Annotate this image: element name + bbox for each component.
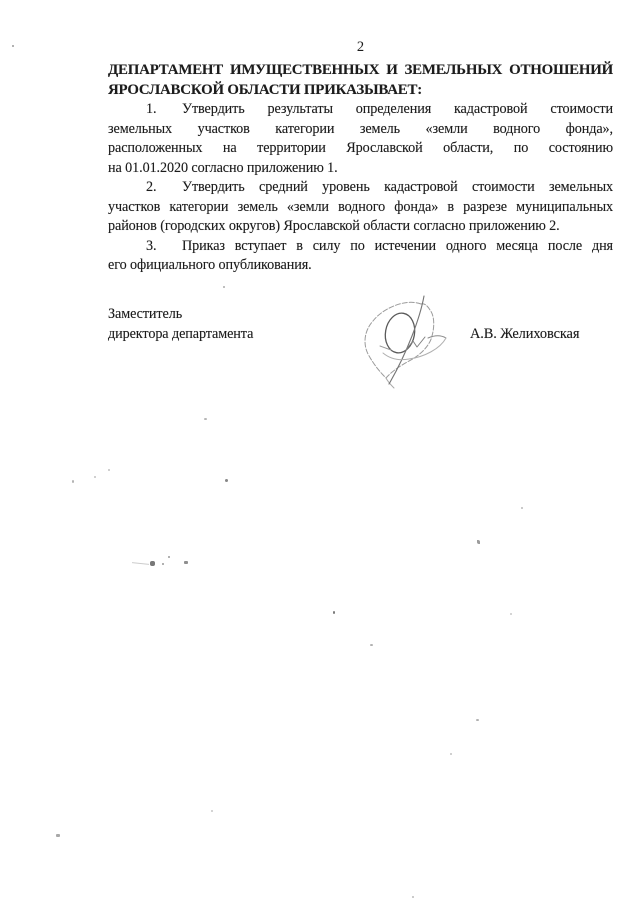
scan-speckle (412, 896, 414, 898)
paragraph-2-line-1-text: Утвердить средний уровень кадастровой ст… (182, 179, 613, 195)
scanned-document-page: 2 ДЕПАРТАМЕНТ ИМУЩЕСТВЕННЫХ И ЗЕМЕЛЬНЫХ … (0, 0, 640, 905)
scan-speckle (223, 286, 225, 288)
scan-speckle (477, 540, 480, 544)
paragraph-2-line-1: 2.Утвердить средний уровень кадастровой … (108, 178, 613, 198)
scan-speckle (204, 418, 207, 420)
signatory-title: Заместитель директора департамента (108, 305, 253, 344)
scan-speckle (168, 556, 170, 558)
signatory-name: А.В. Желиховская (470, 325, 579, 345)
signature-scribble (350, 275, 482, 397)
paragraph-1-line-1: 1.Утвердить результаты определения кадас… (108, 100, 613, 120)
order-heading-line-1: ДЕПАРТАМЕНТ ИМУЩЕСТВЕННЫХ И ЗЕМЕЛЬНЫХ ОТ… (108, 61, 613, 81)
paragraph-3-line-2: его официального опубликования. (108, 256, 613, 276)
scan-speckle (12, 45, 14, 47)
scan-speckle (162, 563, 164, 565)
order-heading-line-2: ЯРОСЛАВСКОЙ ОБЛАСТИ ПРИКАЗЫВАЕТ: (108, 81, 613, 101)
page-number: 2 (108, 38, 613, 58)
scan-speckle (580, 185, 582, 187)
paragraph-1-line-4: на 01.01.2020 согласно приложению 1. (108, 159, 613, 179)
scan-speckle (521, 507, 523, 509)
scan-smudge (132, 562, 149, 565)
scan-speckle (56, 834, 60, 837)
scan-smudge-blob (150, 561, 155, 566)
scan-speckle (476, 719, 479, 721)
scan-speckle (108, 469, 110, 471)
signatory-title-line-2: директора департамента (108, 325, 253, 345)
order-text-block: ДЕПАРТАМЕНТ ИМУЩЕСТВЕННЫХ И ЗЕМЕЛЬНЫХ ОТ… (108, 61, 613, 276)
scan-speckle (225, 479, 228, 482)
scan-speckle (184, 561, 188, 564)
paragraph-1-line-1-text: Утвердить результаты определения кадастр… (182, 101, 613, 117)
scan-speckle (211, 810, 213, 812)
paragraph-3-number: 3. (146, 237, 182, 257)
paragraph-3-line-1-text: Приказ вступает в силу по истечении одно… (182, 238, 613, 254)
scan-speckle (333, 611, 335, 614)
scan-speckle (72, 480, 74, 483)
paragraph-2-line-3: районов (городских округов) Ярославской … (108, 217, 613, 237)
paragraph-2-line-2: участков категории земель «земли водного… (108, 198, 613, 218)
scan-speckle (94, 476, 96, 478)
paragraph-1-line-2: земельных участков категории земель «зем… (108, 120, 613, 140)
paragraph-1-line-3: расположенных на территории Ярославской … (108, 139, 613, 159)
signatory-title-line-1: Заместитель (108, 305, 253, 325)
paragraph-2-number: 2. (146, 178, 182, 198)
scan-speckle (370, 644, 373, 646)
paragraph-1-number: 1. (146, 100, 182, 120)
paragraph-3-line-1: 3.Приказ вступает в силу по истечении од… (108, 237, 613, 257)
scan-speckle (510, 613, 512, 615)
scan-speckle (450, 753, 452, 755)
